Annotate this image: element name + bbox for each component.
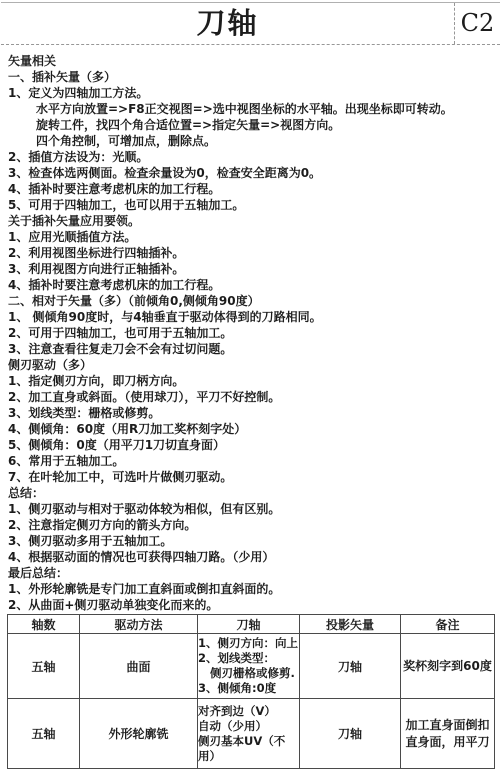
note-line: 一、插补矢量（多） <box>8 69 499 85</box>
note-line: 5、侧倾角：0度（用平刀1刀切直身面） <box>8 437 499 453</box>
cell-remark: 奖杯刻字到60度 <box>401 634 495 699</box>
note-line: 4、侧倾角：60度（用R刀加工奖杯刻字处） <box>8 421 499 437</box>
cell-tool-axis: 1、侧刃方向：向上 2、划线类型： 侧刃栅格或修剪. 3、侧倾角:0度 <box>198 634 300 699</box>
tool-axis-line: 侧刃基本UV（不用） <box>198 734 299 764</box>
cell-projection-vector: 刀轴 <box>300 699 401 769</box>
note-line: 3、划线类型：栅格或修剪。 <box>8 405 499 421</box>
note-line: 3、利用视图方向进行正轴插补。 <box>8 261 499 277</box>
note-line: 4、插补时要注意考虑机床的加工行程。 <box>8 277 499 293</box>
cell-drive-method: 外形轮廓铣 <box>80 699 198 769</box>
page-title: 刀轴 <box>1 3 454 44</box>
note-line: 旋转工件，找四个角合适位置=>指定矢量=>视图方向。 <box>8 117 499 133</box>
note-line: 1、外形轮廓铣是专门加工直斜面或倒扣直斜面的。 <box>8 581 499 597</box>
tool-axis-line: 1、侧刃方向：向上 <box>198 636 299 651</box>
note-line: 2、利用视图坐标进行四轴插补。 <box>8 245 499 261</box>
cell-tool-axis: 对齐到边（V） 自动（少用） 侧刃基本UV（不用） <box>198 699 300 769</box>
note-line: 4、插补时要注意考虑机床的加工行程。 <box>8 181 499 197</box>
note-line: 2、加工直身或斜面。（使用球刀），平刀不好控制。 <box>8 389 499 405</box>
tool-axis-line: 3、侧倾角:0度 <box>198 681 299 696</box>
table-row: 五轴 曲面 1、侧刃方向：向上 2、划线类型： 侧刃栅格或修剪. 3、侧倾角:0… <box>8 634 495 699</box>
note-line: 最后总结： <box>8 565 499 581</box>
tool-axis-line: 自动（少用） <box>198 719 299 734</box>
note-line: 2、可用于四轴加工，也可用于五轴加工。 <box>8 325 499 341</box>
note-line: 6、常用于五轴加工。 <box>8 453 499 469</box>
col-header-projection-vector: 投影矢量 <box>300 615 401 634</box>
cell-drive-method: 曲面 <box>80 634 198 699</box>
note-line: 3、注意查看往复走刀会不会有过切问题。 <box>8 341 499 357</box>
cell-axis-count: 五轴 <box>8 699 80 769</box>
col-header-remark: 备注 <box>401 615 495 634</box>
tool-axis-line: 2、划线类型： <box>198 651 299 666</box>
col-header-axis-count: 轴数 <box>8 615 80 634</box>
note-line: 二、相对于矢量（多）（前倾角0,侧倾角90度） <box>8 293 499 309</box>
note-line: 1、侧刃驱动与相对于驱动体较为相似，但有区别。 <box>8 501 499 517</box>
cell-projection-vector: 刀轴 <box>300 634 401 699</box>
document-page: 刀轴 C2 矢量相关 一、插补矢量（多） 1、定义为四轴加工方法。 水平方向放置… <box>0 0 501 773</box>
cell-axis-count: 五轴 <box>8 634 80 699</box>
note-line: 侧刃驱动（多） <box>8 357 499 373</box>
page-code: C2 <box>454 3 500 44</box>
tool-axis-line: 对齐到边（V） <box>198 704 299 719</box>
note-line: 2、注意指定侧刃方向的箭头方向。 <box>8 517 499 533</box>
tool-axis-line: 侧刃栅格或修剪. <box>198 666 299 681</box>
note-line: 总结： <box>8 485 499 501</box>
table-header-row: 轴数 驱动方法 刀轴 投影矢量 备注 <box>8 615 495 634</box>
note-line: 7、在叶轮加工中，可选叶片做侧刃驱动。 <box>8 469 499 485</box>
note-line: 1、指定侧刃方向，即刀柄方向。 <box>8 373 499 389</box>
note-line: 1、 侧倾角90度时，与4轴垂直于驱动体得到的刀路相同。 <box>8 309 499 325</box>
title-bar: 刀轴 C2 <box>1 2 500 45</box>
note-line: 水平方向放置=>F8正交视图=>选中视图坐标的水平轴。出现坐标即可转动。 <box>8 101 499 117</box>
col-header-drive-method: 驱动方法 <box>80 615 198 634</box>
note-line: 4、根据驱动面的情况也可获得四轴刀路。（少用） <box>8 549 499 565</box>
note-line: 5、可用于四轴加工，也可以用于五轴加工。 <box>8 197 499 213</box>
note-line: 2、从曲面+侧刃驱动单独变化而来的。 <box>8 597 499 613</box>
note-line: 关于插补矢量应用要领。 <box>8 213 499 229</box>
cell-remark: 加工直身面倒扣直身面，用平刀 <box>401 699 495 769</box>
note-line: 四个角控制，可增加点，删除点。 <box>8 133 499 149</box>
table-row: 五轴 外形轮廓铣 对齐到边（V） 自动（少用） 侧刃基本UV（不用） 刀轴 加工… <box>8 699 495 769</box>
note-line: 3、侧刃驱动多用于五轴加工。 <box>8 533 499 549</box>
note-line: 1、定义为四轴加工方法。 <box>8 85 499 101</box>
note-line: 2、插值方法设为：光顺。 <box>8 149 499 165</box>
note-line: 3、检查体选两侧面。检查余量设为0，检查安全距离为0。 <box>8 165 499 181</box>
summary-table: 轴数 驱动方法 刀轴 投影矢量 备注 五轴 曲面 1、侧刃方向：向上 2、划线类… <box>7 614 495 769</box>
notes-body: 矢量相关 一、插补矢量（多） 1、定义为四轴加工方法。 水平方向放置=>F8正交… <box>8 53 499 613</box>
col-header-tool-axis: 刀轴 <box>198 615 300 634</box>
note-line: 1、应用光顺插值方法。 <box>8 229 499 245</box>
note-line: 矢量相关 <box>8 53 499 69</box>
